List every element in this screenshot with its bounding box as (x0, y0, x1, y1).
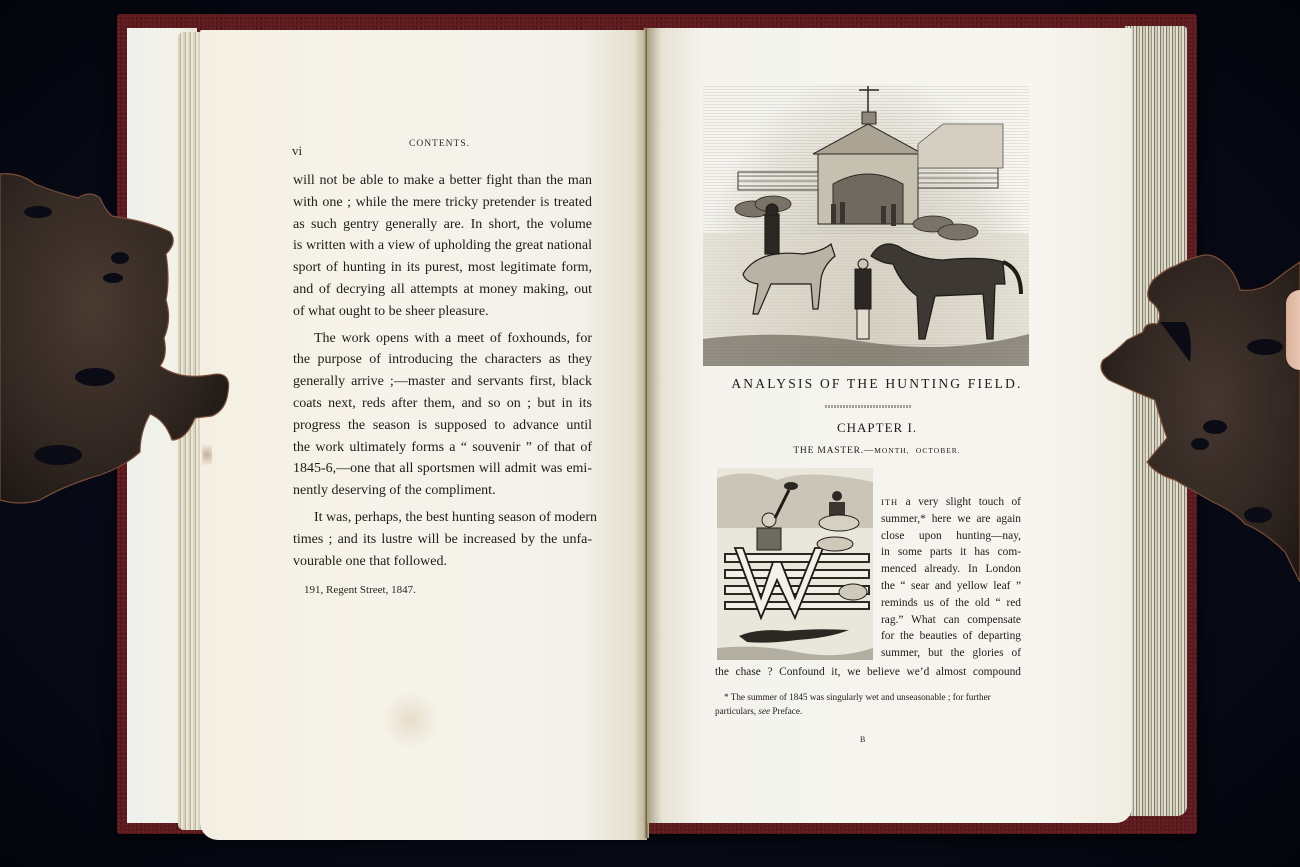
text-line: reminds us of the old “ red (881, 595, 1021, 612)
hand-finger (1286, 290, 1300, 370)
text-line: ITH a very slight touch of (881, 494, 1021, 511)
text-line: menced already. In London (881, 561, 1021, 578)
text-line: 1845-6,—one that all sportsmen will admi… (293, 458, 592, 480)
text-line: and of decrying all attempts at money ma… (293, 279, 592, 301)
text-line: sport of hunting in its purest, most leg… (293, 257, 592, 279)
text-line: summer,* here we are again (881, 511, 1021, 528)
bookmark-weight-left[interactable] (0, 170, 235, 510)
chapter-heading: CHAPTER I. (727, 420, 1027, 436)
text-line: progress the season is supposed to advan… (293, 415, 592, 437)
text-line: for the beauties of departing (881, 628, 1021, 645)
text-line: the purpose of introducing the character… (293, 349, 592, 371)
drop-cap-remainder: ITH (881, 497, 898, 507)
text-line: coats next, reds after them, and so on ;… (293, 393, 592, 415)
text-line: times ; and its lustre will be increased… (293, 529, 592, 551)
subhead-month-value: October. (916, 446, 961, 455)
chapter-subheading: THE MASTER.—Month, October. (727, 446, 1027, 456)
metal-weight-left-icon (0, 170, 235, 510)
subhead-month-label: Month, (874, 446, 909, 455)
left-page: vi CONTENTS. will not be able to make a … (200, 30, 647, 840)
right-page: ANALYSIS OF THE HUNTING FIELD. CHAPTER I… (647, 28, 1132, 823)
chapter-body-full-line: the chase ? Confound it, we believe we’d… (715, 664, 1021, 681)
section-title: ANALYSIS OF THE HUNTING FIELD. (687, 376, 1067, 392)
text-line: the chase ? Confound it, we believe we’d… (715, 664, 1021, 681)
subhead-title: THE MASTER.— (793, 446, 874, 456)
text-line: vourable one that followed. (293, 551, 592, 573)
text-line: the work ultimately forms a “ souvenir ”… (293, 437, 592, 459)
foxing-stain (380, 690, 440, 750)
text-line: the “ sear and yellow leaf ” (881, 578, 1021, 595)
hunting-meet-illustration-icon (703, 84, 1029, 366)
drop-cap-w-illustration-icon (717, 468, 873, 660)
text-line: rag.” What can compensate (881, 612, 1021, 629)
text-line: generally arrive ;—master and servants f… (293, 371, 592, 393)
text-line: is written with a view of upholding the … (293, 235, 592, 257)
text-line: will not be able to make a better fight … (293, 170, 592, 192)
publisher-address: 191, Regent Street, 1847. (304, 584, 416, 596)
engraving-hunting-meet (703, 84, 1029, 366)
running-head: CONTENTS. (409, 139, 470, 149)
text-line: as such gentry generally are. In short, … (293, 214, 592, 236)
text-line: of what ought to be sheer pleasure. (293, 301, 592, 323)
metal-weight-right-icon (1095, 252, 1300, 582)
bookmark-weight-right[interactable] (1095, 252, 1300, 582)
paragraph-1: will not be able to make a better fight … (293, 170, 592, 323)
footnote-line: * The summer of 1845 was singularly wet … (715, 690, 1023, 704)
text-line: nently deserving of the compliment. (293, 480, 592, 502)
printer-signature-mark: B (860, 735, 865, 744)
paragraph-2: The work opens with a meet of foxhounds,… (293, 328, 592, 502)
text-line: in some parts it has com- (881, 544, 1021, 561)
footnote: * The summer of 1845 was singularly wet … (715, 690, 1023, 718)
body-text: will not be able to make a better fight … (293, 170, 592, 572)
text-line: It was, perhaps, the best hunting season… (293, 507, 592, 529)
decorative-rule (825, 405, 911, 408)
chapter-body-beside-illustration: ITH a very slight touch of summer,* here… (881, 494, 1021, 662)
footnote-line: particulars, see Preface. (715, 704, 1023, 718)
engraving-letter-w-fox (717, 468, 873, 660)
text-line: with one ; while the mere tricky pretend… (293, 192, 592, 214)
text-line: summer, but the glories of (881, 645, 1021, 662)
paragraph-3: It was, perhaps, the best hunting season… (293, 507, 592, 572)
text-line: The work opens with a meet of foxhounds,… (293, 328, 592, 350)
page-number: vi (292, 143, 302, 159)
text-line: close upon hunting—nay, (881, 528, 1021, 545)
